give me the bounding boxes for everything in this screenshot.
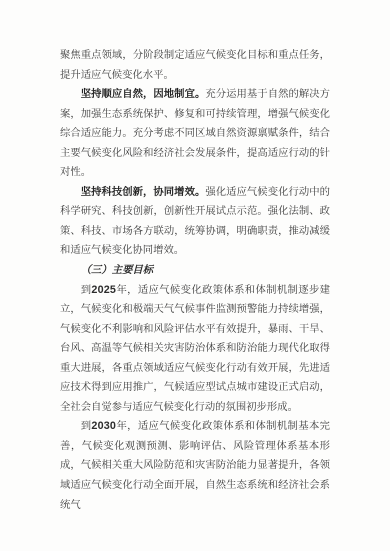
document-page: 聚焦重点领域，分阶段制定适应气候变化目标和重点任务，提升适应气候变化水平。坚持顺… <box>0 0 390 551</box>
text-segment: 坚持科技创新，协同增效。 <box>81 187 206 198</box>
paragraph: 坚持顺应自然，因地制宜。充分运用基于自然的解决方案，加强生态系统保护、修复和可持… <box>60 85 330 183</box>
text-segment: 到 <box>81 421 92 432</box>
text-segment: 充分运用基于自然的解决方案，加强生态系统保护、修复和可持续管理，增强气候变化综合… <box>60 89 330 178</box>
text-segment: 坚持顺应自然，因地制宜。 <box>81 89 206 100</box>
text-segment: （三）主要目标 <box>81 265 153 276</box>
text-segment: 到 <box>81 285 92 296</box>
paragraph: 到2025年，适应气候变化政策体系和体制机制逐步建立，气候变化和极端天气气候事件… <box>60 281 330 418</box>
text-segment: 年，适应气候变化政策体系和体制机制基本完善，气候变化观测预测、影响评估、风险管理… <box>60 421 330 510</box>
document-body: 聚焦重点领域，分阶段制定适应气候变化目标和重点任务，提升适应气候变化水平。坚持顺… <box>60 46 330 515</box>
text-segment: 2025 <box>91 284 116 296</box>
section-heading: （三）主要目标 <box>60 261 330 281</box>
paragraph: 到2030年，适应气候变化政策体系和体制机制基本完善，气候变化观测预测、影响评估… <box>60 417 330 515</box>
paragraph: 坚持科技创新，协同增效。强化适应气候变化行动中的科学研究、科技创新，创新性开展试… <box>60 183 330 261</box>
text-segment: 年，适应气候变化政策体系和体制机制逐步建立，气候变化和极端天气气候事件监测预警能… <box>60 285 330 413</box>
text-segment: 2030 <box>91 420 116 432</box>
paragraph: 聚焦重点领域，分阶段制定适应气候变化目标和重点任务，提升适应气候变化水平。 <box>60 46 330 85</box>
text-segment: 聚焦重点领域，分阶段制定适应气候变化目标和重点任务，提升适应气候变化水平。 <box>60 50 330 81</box>
